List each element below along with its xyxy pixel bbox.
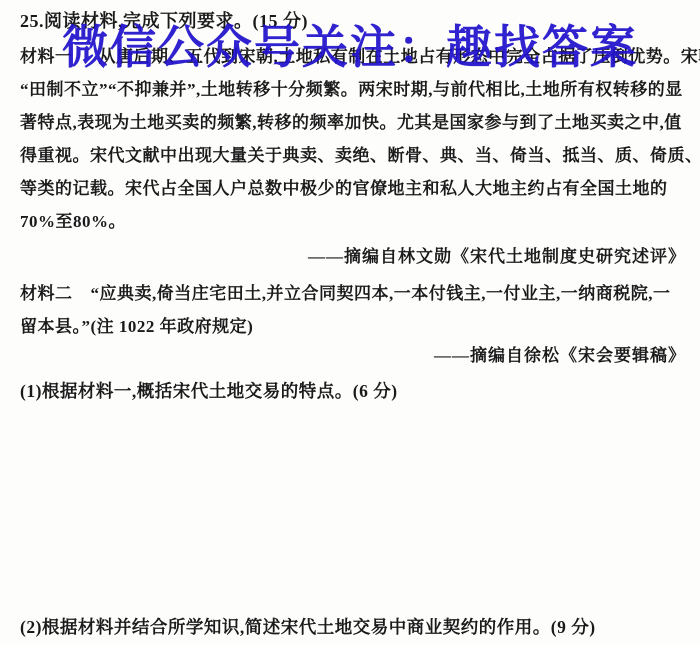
material-two-line-2: 留本县。”(注 1022 年政府规定) <box>20 316 686 337</box>
material-two-source: ——摘编自徐松《宋会要辑稿》 <box>20 345 686 366</box>
exam-page: 25.阅读材料,完成下列要求。(15 分) 材料一从唐后期、五代到宋朝,土地私有… <box>0 0 700 645</box>
material-two-line-1: “应典卖,倚当庄宅田土,并立合同契四本,一本付钱主,一付业主,一纳商税院,一 <box>91 284 671 303</box>
question-header: 25.阅读材料,完成下列要求。(15 分) <box>20 10 686 33</box>
material-one-line-3: 著特点,表现为土地买卖的频繁,转移的频率加快。尤其是国家参与到了土地买卖之中,值 <box>20 112 686 133</box>
material-one-line-6: 70%至80%。 <box>20 211 686 232</box>
material-one-first-line: 材料一从唐后期、五代到宋朝,土地私有制在土地占有形态中完全占据了压倒优势。宋朝 <box>20 46 686 67</box>
sub-question-1: (1)根据材料一,概括宋代土地交易的特点。(6 分) <box>20 381 686 403</box>
material-one-source: ——摘编自林文勋《宋代土地制度史研究述评》 <box>20 246 686 267</box>
sub-question-2: (2)根据材料并结合所学知识,简述宋代土地交易中商业契约的作用。(9 分) <box>20 617 686 639</box>
material-one-label: 材料一 <box>20 47 73 66</box>
material-one-line-2: “田制不立”“不抑兼并”,土地转移十分频繁。两宋时期,与前代相比,土地所有权转移… <box>20 79 686 100</box>
material-one-line-4: 得重视。宋代文献中出现大量关于典卖、卖绝、断骨、典、当、倚当、抵当、质、倚质、质… <box>20 145 686 166</box>
material-two-label: 材料二 <box>20 284 73 303</box>
material-one-line-5: 等类的记载。宋代占全国人户总数中极少的官僚地主和私人大地主约占有全国土地的 <box>20 178 686 199</box>
material-two-first-line: 材料二“应典卖,倚当庄宅田土,并立合同契四本,一本付钱主,一付业主,一纳商税院,… <box>20 283 686 304</box>
material-one-line-1: 从唐后期、五代到宋朝,土地私有制在土地占有形态中完全占据了压倒优势。宋朝 <box>99 47 700 66</box>
